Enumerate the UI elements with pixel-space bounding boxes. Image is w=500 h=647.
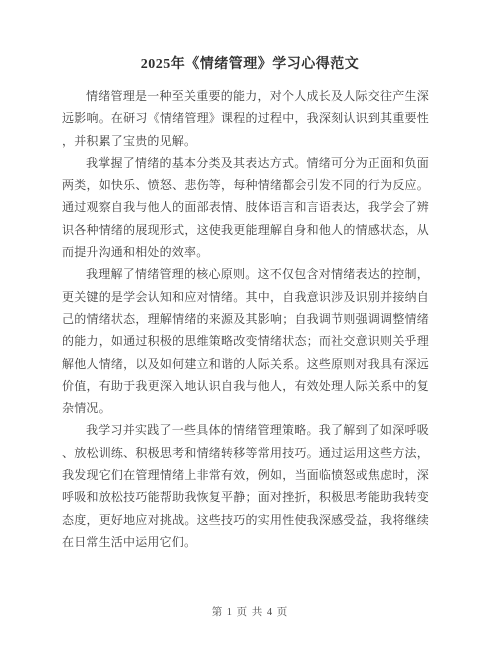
page-number-footer: 第 1 页 共 4 页 xyxy=(0,604,500,619)
body-paragraph-2: 我掌握了情绪的基本分类及其表达方式。情绪可分为正面和负面两类，如快乐、愤怒、悲伤… xyxy=(62,152,429,263)
body-paragraph-1: 情绪管理是一种至关重要的能力，对个人成长及人际交往产生深远影响。在研习《情绪管理… xyxy=(62,85,429,152)
body-paragraph-3: 我理解了情绪管理的核心原则。这不仅包含对情绪表达的控制，更关键的是学会认知和应对… xyxy=(62,263,429,419)
document-title: 2025年《情绪管理》学习心得范文 xyxy=(0,0,500,75)
body-paragraph-4: 我学习并实践了一些具体的情绪管理策略。我了解到了如深呼吸、放松训练、积极思考和情… xyxy=(62,419,429,553)
document-page: 2025年《情绪管理》学习心得范文 情绪管理是一种至关重要的能力，对个人成长及人… xyxy=(0,0,500,647)
document-body: 情绪管理是一种至关重要的能力，对个人成长及人际交往产生深远影响。在研习《情绪管理… xyxy=(62,85,429,553)
